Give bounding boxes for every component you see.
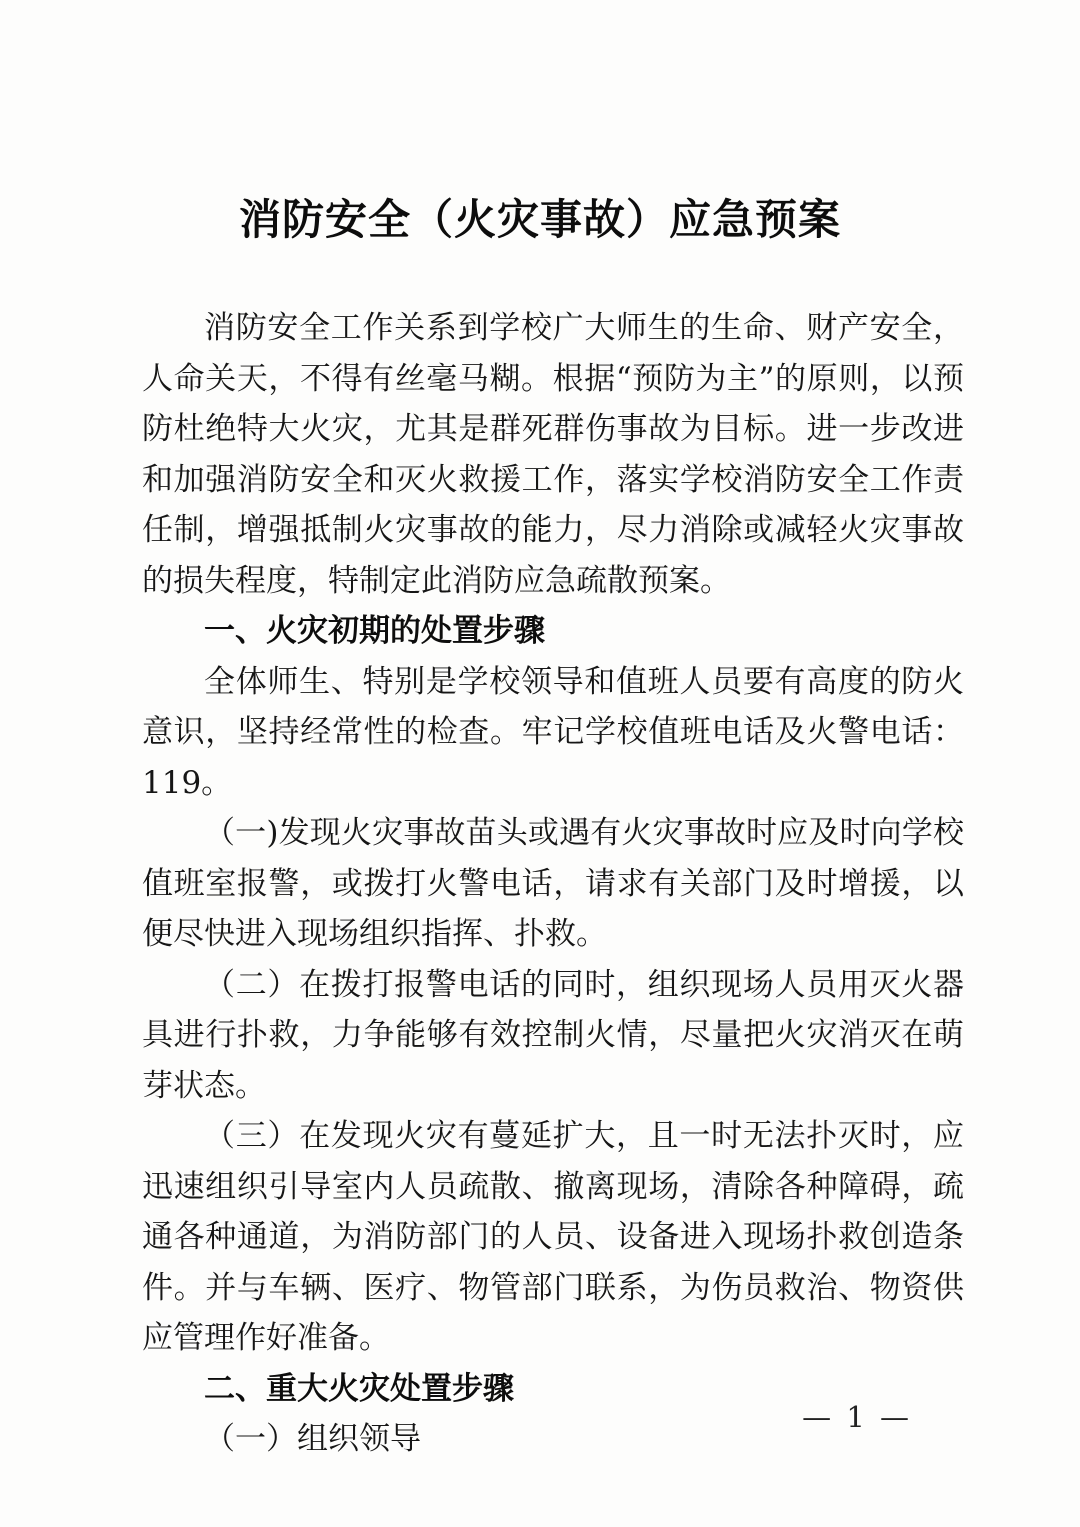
paragraph-fire-awareness: 全体师生、特别是学校领导和值班人员要有高度的防火意识，坚持经常性的检查。牢记学校… [142,657,964,809]
section-heading-initial-fire-steps: 一、火灾初期的处置步骤 [142,606,964,657]
paragraph-step-2-extinguish: （二）在拨打报警电话的同时，组织现场人员用灭火器具进行扑救，力争能够有效控制火情… [142,960,964,1112]
document-page: 消防安全（火灾事故）应急预案 消防安全工作关系到学校广大师生的生命、财产安全，人… [0,0,1080,1527]
page-number: — 1 — [802,1400,912,1434]
document-content: 消防安全工作关系到学校广大师生的生命、财产安全，人命关天，不得有丝毫马糊。根据“… [142,303,964,1465]
paragraph-intro: 消防安全工作关系到学校广大师生的生命、财产安全，人命关天，不得有丝毫马糊。根据“… [142,303,964,606]
paragraph-step-3-evacuate: （三）在发现火灾有蔓延扩大，且一时无法扑灭时，应迅速组织引导室内人员疏散、撤离现… [142,1111,964,1364]
paragraph-step-1-report: （一)发现火灾事故苗头或遇有火灾事故时应及时向学校值班室报警，或拨打火警电话，请… [142,808,964,960]
document-title: 消防安全（火灾事故）应急预案 [0,193,1080,247]
